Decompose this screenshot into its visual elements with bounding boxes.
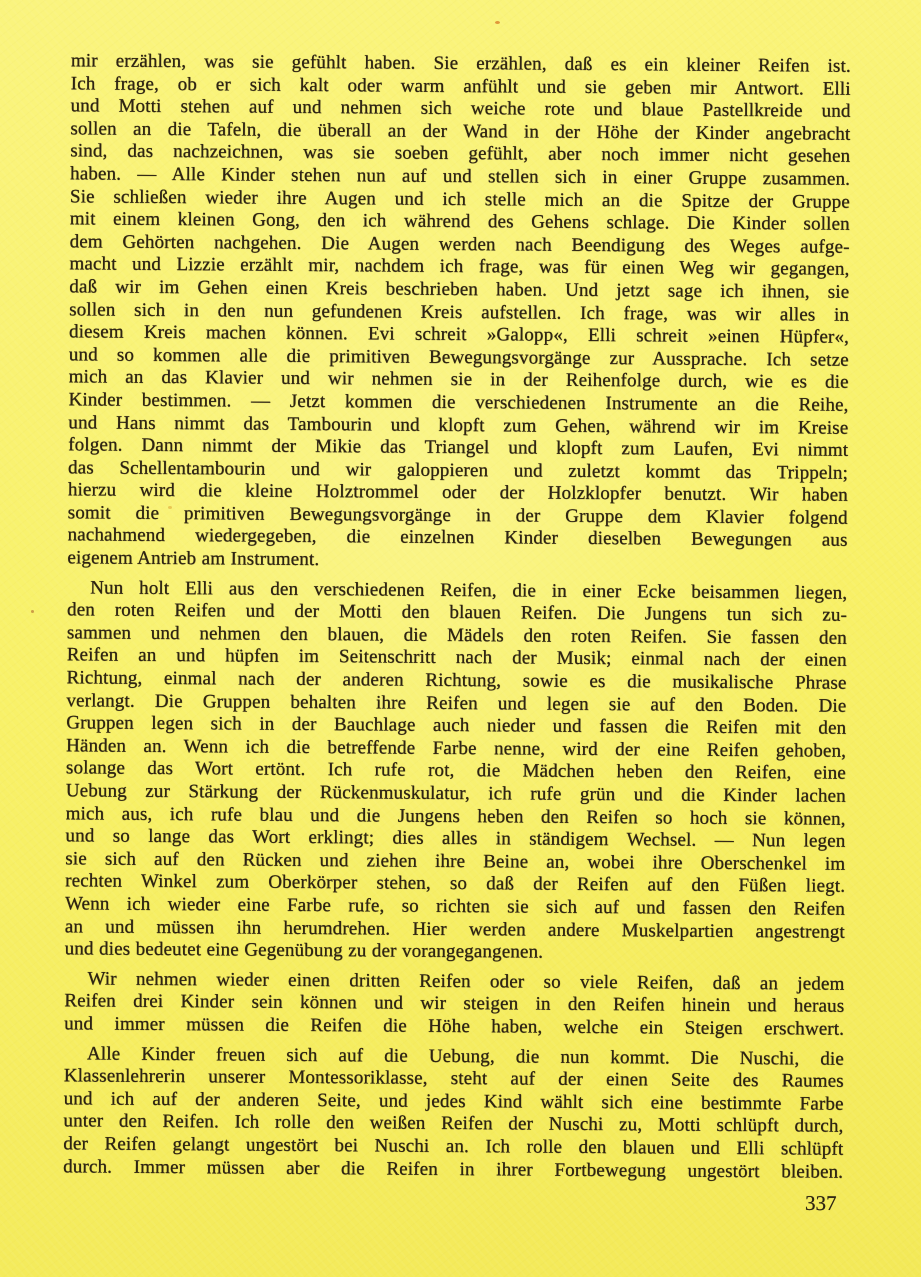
paragraph: Alle Kinder freuen sich auf die Uebung, … bbox=[63, 1043, 844, 1184]
paper-speck bbox=[31, 610, 34, 613]
text-line: durch. Immer müssen aber die Reifen in i… bbox=[63, 1156, 843, 1184]
body-text: mir erzählen, was sie gefühlt haben. Sie… bbox=[63, 50, 851, 1184]
page-number: 337 bbox=[804, 1191, 836, 1216]
paragraph: Wir nehmen wieder einen dritten Reifen o… bbox=[64, 968, 844, 1041]
paragraph: mir erzählen, was sie gefühlt haben. Sie… bbox=[67, 50, 851, 575]
scanned-book-page: mir erzählen, was sie gefühlt haben. Sie… bbox=[0, 0, 921, 1277]
paper-speck bbox=[495, 21, 500, 24]
text-line: und immer müssen die Reifen die Höhe hab… bbox=[64, 1013, 844, 1041]
paragraph: Nun holt Elli aus den verschiedenen Reif… bbox=[65, 577, 848, 967]
